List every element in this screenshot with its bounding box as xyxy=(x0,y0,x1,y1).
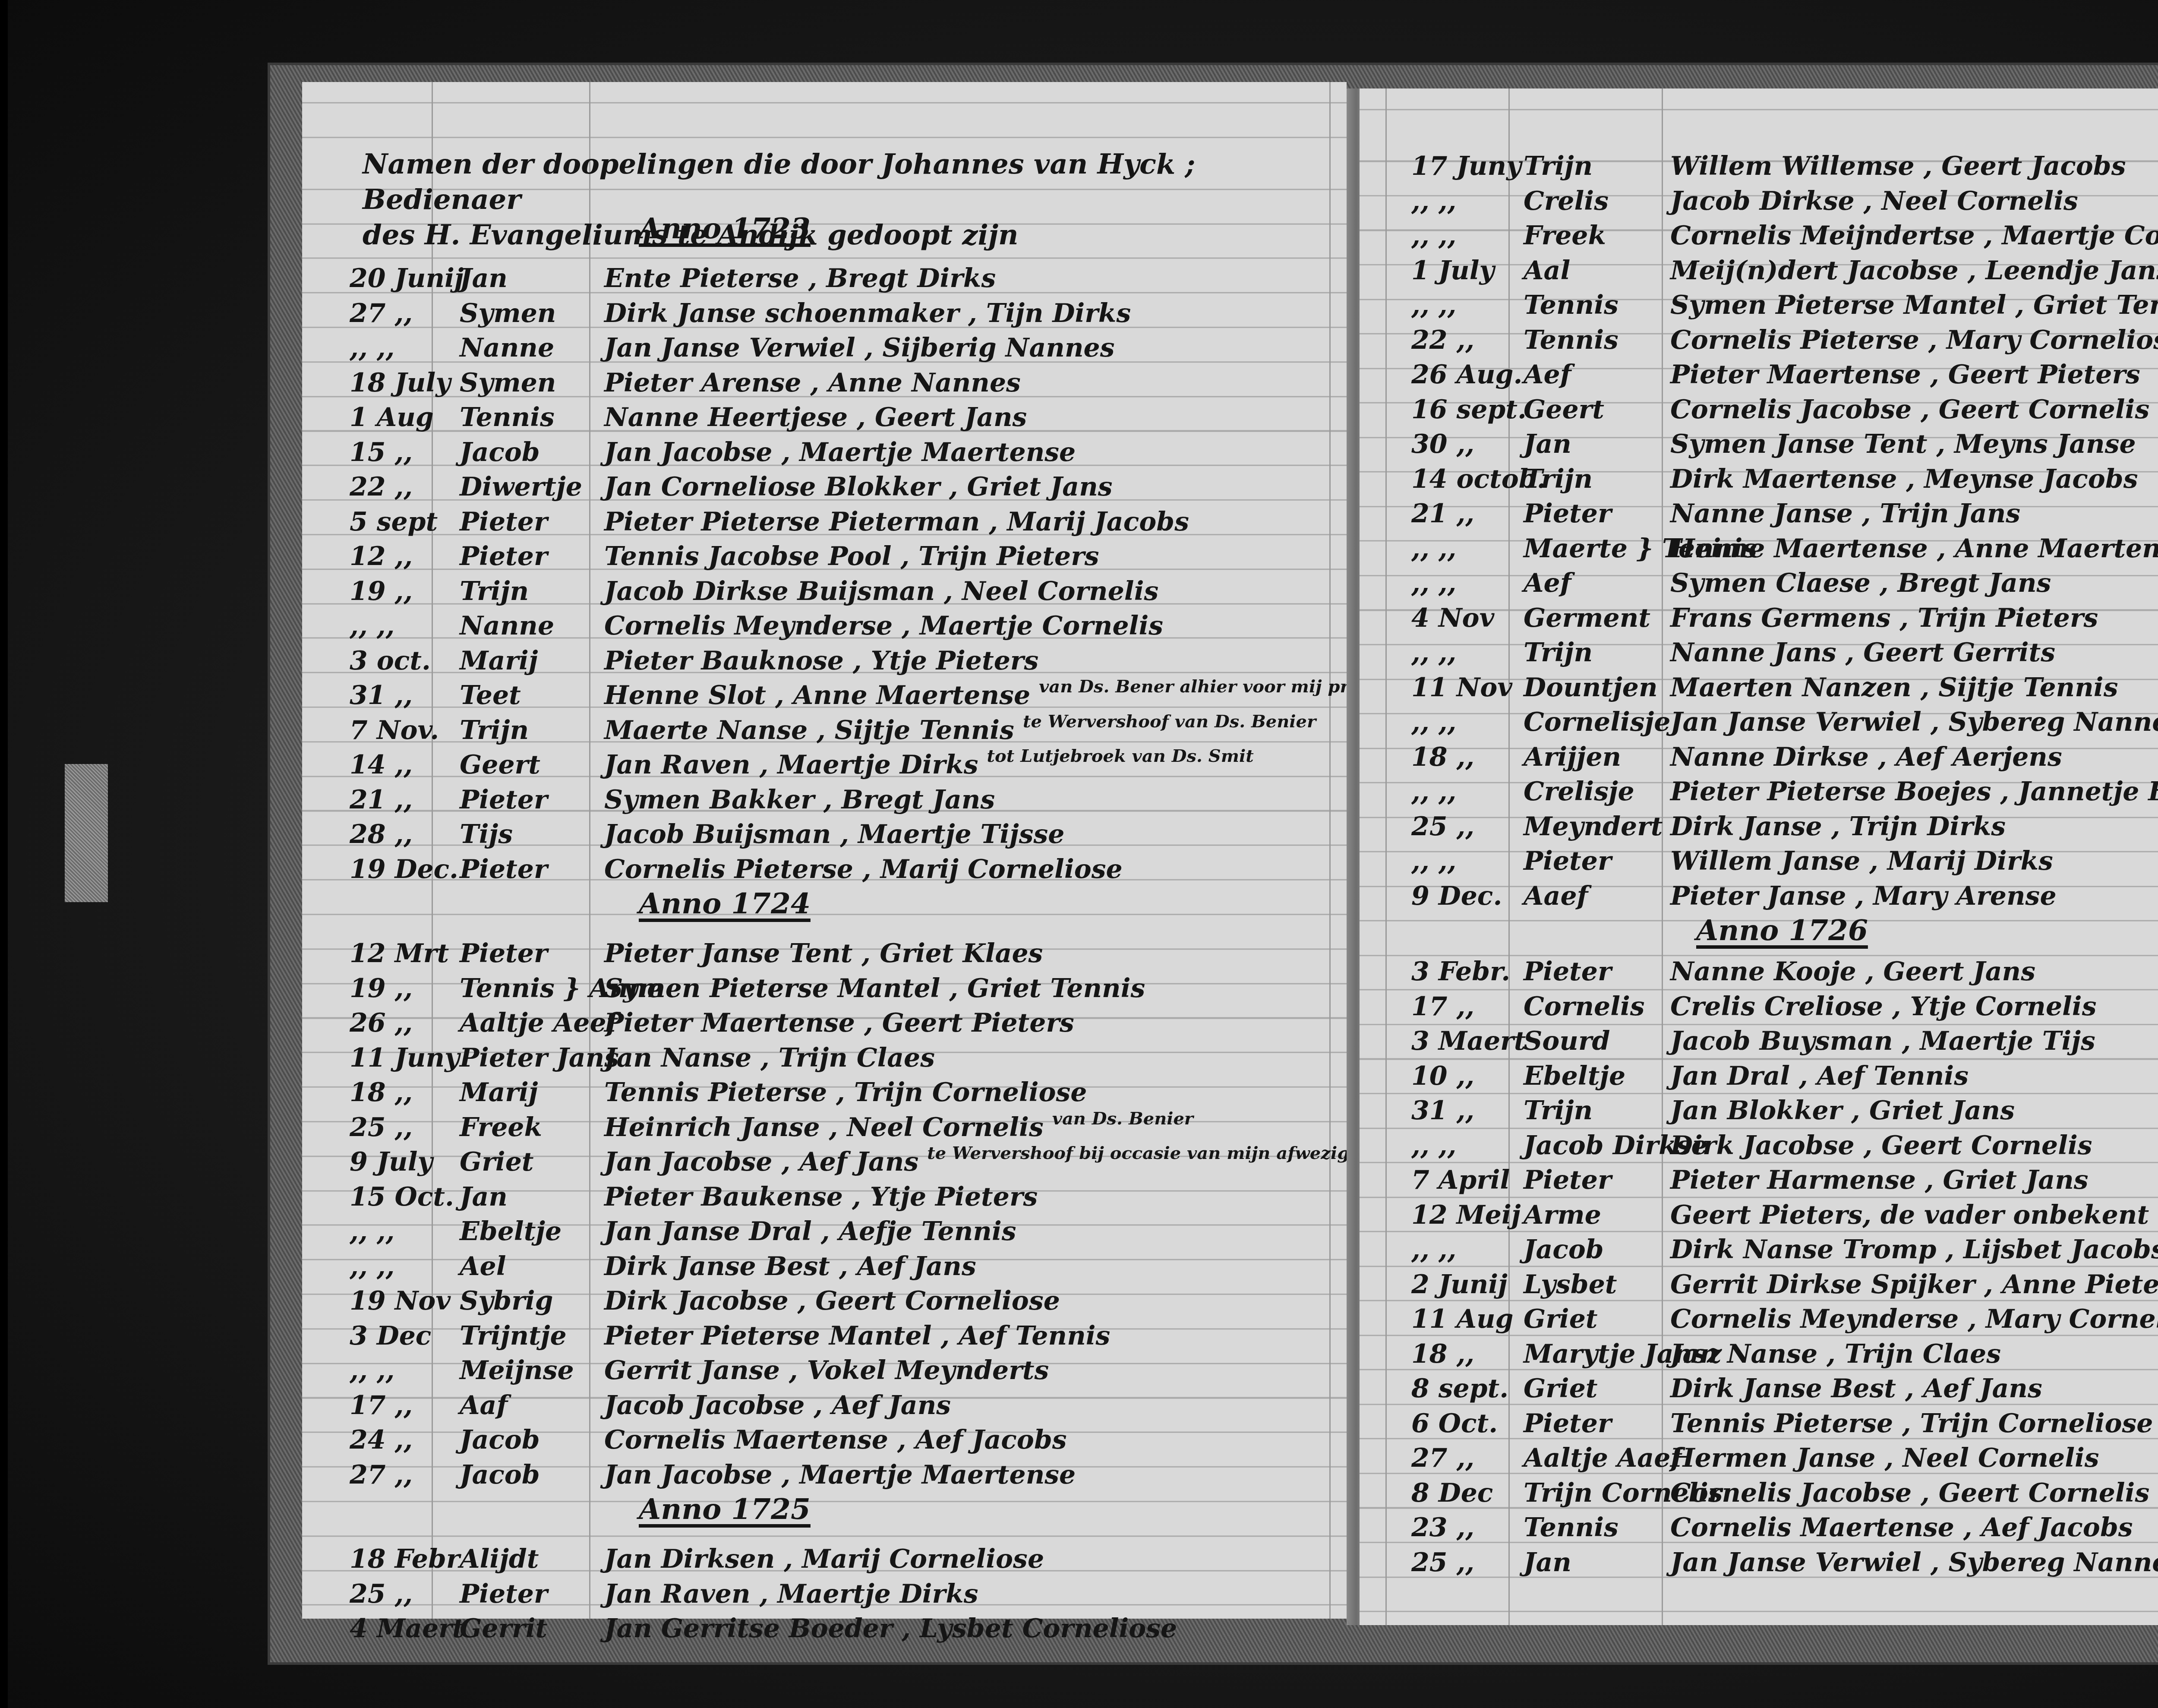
entry-child-name: Jan xyxy=(460,261,611,296)
register-entry: 19 ,,TrijnJacob Dirkse Buijsman , Neel C… xyxy=(302,574,1347,609)
entry-child-name: Marij xyxy=(460,1075,611,1110)
entry-date: 11 Juny xyxy=(350,1041,453,1075)
register-entry: 25 ,,MeyndertDirk Janse , Trijn Dirks xyxy=(1360,809,2158,844)
entry-child-name: Dountjen xyxy=(1524,670,1675,705)
entry-parents: Jan Janse Verwiel , Sybereg Nannes xyxy=(1670,1545,2158,1580)
register-entry: 11 NovDountjenMaerten Nanzen , Sijtje Te… xyxy=(1360,670,2158,705)
entry-date: 21 ,, xyxy=(350,783,453,817)
entry-child-name: Ebeltje xyxy=(1524,1059,1675,1093)
entry-child-name: Jan xyxy=(1524,427,1675,461)
entry-margin-note: van Ds. Benier xyxy=(1052,1110,1193,1127)
entry-date: ,, ,, xyxy=(350,331,453,365)
entry-parents: Gerrit Dirkse Spijker , Anne Pieters xyxy=(1670,1267,2158,1302)
entry-margin-note: te Wervershoof van Ds. Benier xyxy=(1023,713,1316,730)
entry-date: 25 ,, xyxy=(1411,809,1515,844)
right-page: 12 17 JunyTrijnWillem Willemse , Geert J… xyxy=(1360,88,2158,1625)
entry-parents: Jan Nanse , Trijn Claes xyxy=(1670,1337,2001,1371)
entry-date: 7 Nov. xyxy=(350,713,453,748)
entry-child-name: Pieter xyxy=(1524,844,1675,878)
entry-parents: Ente Pieterse , Bregt Dirks xyxy=(604,261,996,296)
entry-child-name: Diwertje xyxy=(460,470,611,504)
entry-date: 1 July xyxy=(1411,253,1515,288)
entry-date: 6 Oct. xyxy=(1411,1406,1515,1441)
entry-date: 19 ,, xyxy=(350,574,453,609)
register-entry: 26 Aug.AefPieter Maertense , Geert Piete… xyxy=(1360,357,2158,392)
entry-date: 3 oct. xyxy=(350,644,453,678)
entry-date: 28 ,, xyxy=(350,817,453,852)
entry-parents: Dirk Janse Best , Aef Jans xyxy=(604,1249,976,1284)
entry-date: ,, ,, xyxy=(1411,705,1515,739)
entry-parents: Jacob Dirkse , Neel Cornelis xyxy=(1670,184,2078,218)
binding-tab-left xyxy=(65,764,108,902)
entry-parents: Jan Dirksen , Marij Corneliose xyxy=(604,1542,1044,1576)
register-entry: 31 ,,TrijnJan Blokker , Griet Jans xyxy=(1360,1093,2158,1128)
entry-child-name: Germent xyxy=(1524,601,1675,635)
register-entry: 17 JunyTrijnWillem Willemse , Geert Jaco… xyxy=(1360,149,2158,183)
entry-child-name: Aaf xyxy=(460,1388,611,1423)
register-entry: 2 JunijLysbetGerrit Dirkse Spijker , Ann… xyxy=(1360,1267,2158,1302)
entry-child-name: Geert xyxy=(460,748,611,782)
register-entry: 18 ,,MarijTennis Pieterse , Trijn Cornel… xyxy=(302,1075,1347,1110)
entry-parents: Heinrich Janse , Neel Cornelisvan Ds. Be… xyxy=(604,1110,1193,1145)
entry-child-name: Griet xyxy=(1524,1302,1675,1336)
entry-parents: Jan Corneliose Blokker , Griet Jans xyxy=(604,470,1113,504)
entry-parents: Nanne Janse , Trijn Jans xyxy=(1670,496,2020,531)
register-entry: 24 ,,JacobCornelis Maertense , Aef Jacob… xyxy=(302,1423,1347,1457)
register-heading: Namen der doopelingen die door Johannes … xyxy=(363,147,1269,253)
entry-child-name: Jacob xyxy=(1524,1232,1675,1267)
entry-child-name: Alijdt xyxy=(460,1542,611,1576)
register-entry: 1 JulyAalMeij(n)dert Jacobse , Leendje J… xyxy=(1360,253,2158,288)
entry-date: ,, ,, xyxy=(1411,184,1515,218)
entry-date: 27 ,, xyxy=(350,296,453,331)
entry-child-name: Pieter xyxy=(460,505,611,539)
register-entry: 15 Oct.JanPieter Baukense , Ytje Pieters xyxy=(302,1180,1347,1214)
register-entry: ,, ,,TrijnNanne Jans , Geert Gerrits xyxy=(1360,635,2158,670)
entry-child-name: Marytje Jansz xyxy=(1524,1337,1675,1371)
register-entry: 22 ,,DiwertjeJan Corneliose Blokker , Gr… xyxy=(302,470,1347,504)
entry-child-name: Tennis } Anne xyxy=(460,971,611,1006)
entry-date: 31 ,, xyxy=(1411,1093,1515,1128)
entry-date: 18 July xyxy=(350,366,453,400)
entry-child-name: Sourd xyxy=(1524,1024,1675,1058)
year-heading: Anno 1724 xyxy=(639,887,811,920)
register-entry: ,, ,,JacobDirk Nanse Tromp , Lijsbet Jac… xyxy=(1360,1232,2158,1267)
entry-parents: Symen Pieterse Mantel , Griet Tennis xyxy=(604,971,1145,1006)
entry-date: ,, ,, xyxy=(1411,218,1515,253)
entry-child-name: Symen xyxy=(460,366,611,400)
entry-date: ,, ,, xyxy=(350,609,453,643)
entry-parents: Jan Jacobse , Maertje Maertense xyxy=(604,435,1076,470)
entry-parents: Pieter Maertense , Geert Pieters xyxy=(604,1006,1074,1040)
entry-date: ,, ,, xyxy=(1411,844,1515,878)
entry-child-name: Pieter xyxy=(1524,954,1675,989)
entry-date: 20 Junij xyxy=(350,261,453,296)
entry-child-name: Freek xyxy=(1524,218,1675,253)
entry-child-name: Meyndert xyxy=(1524,809,1675,844)
entry-child-name: Arijjen xyxy=(1524,740,1675,774)
entry-child-name: Cornelisje xyxy=(1524,705,1675,739)
entry-date: 2 Junij xyxy=(1411,1267,1515,1302)
entry-child-name: Aaltje Aeef xyxy=(460,1006,611,1040)
entry-date: 17 Juny xyxy=(1411,149,1515,183)
register-entry: 14 ,,GeertJan Raven , Maertje Dirkstot L… xyxy=(302,748,1347,782)
entry-parents: Maerten Nanzen , Sijtje Tennis xyxy=(1670,670,2118,705)
year-heading: Anno 1725 xyxy=(639,1492,811,1526)
entry-child-name: Trijn xyxy=(1524,149,1675,183)
year-heading: Anno 1726 xyxy=(1696,913,1868,947)
entry-child-name: Jacob Dirkse xyxy=(1524,1128,1675,1163)
entry-child-name: Nanne xyxy=(460,609,611,643)
register-entry: 9 Dec.AaefPieter Janse , Mary Arense xyxy=(1360,879,2158,913)
entry-parents: Pieter Baukense , Ytje Pieters xyxy=(604,1180,1038,1214)
register-entry: ,, ,,CrelisjePieter Pieterse Boejes , Ja… xyxy=(1360,774,2158,809)
entry-date: ,, ,, xyxy=(350,1249,453,1284)
entry-parents: Jan Blokker , Griet Jans xyxy=(1670,1093,2015,1128)
entry-date: 4 Maert xyxy=(350,1611,453,1646)
register-entry: 19 Dec.PieterCornelis Pieterse , Marij C… xyxy=(302,852,1347,887)
entry-parents: Jan Janse Verwiel , Sijberig Nannes xyxy=(604,331,1115,365)
entry-parents: Tennis Jacobse Pool , Trijn Pieters xyxy=(604,539,1099,574)
register-entry: 19 NovSybrigDirk Jacobse , Geert Corneli… xyxy=(302,1284,1347,1318)
entry-date: 14 ,, xyxy=(350,748,453,782)
register-entry: ,, ,,AefSymen Claese , Bregt Jans xyxy=(1360,566,2158,600)
register-entry: 7 AprilPieterPieter Harmense , Griet Jan… xyxy=(1360,1163,2158,1197)
entry-parents: Jan Raven , Maertje Dirkstot Lutjebroek … xyxy=(604,748,1254,782)
entry-date: 1 Aug xyxy=(350,400,453,435)
entry-child-name: Tennis xyxy=(1524,1510,1675,1545)
register-entry: 9 JulyGrietJan Jacobse , Aef Janste Werv… xyxy=(302,1145,1347,1179)
entry-date: 26 ,, xyxy=(350,1006,453,1040)
entry-parents: Dirk Jacobse , Geert Corneliose xyxy=(604,1284,1060,1318)
register-entry: ,, ,,CornelisjeJan Janse Verwiel , Syber… xyxy=(1360,705,2158,739)
entry-date: ,, ,, xyxy=(1411,531,1515,566)
entry-parents: Heime Maertense , Anne Maertense xyxy=(1670,531,2158,566)
register-entry: 23 ,,TennisCornelis Maertense , Aef Jaco… xyxy=(1360,1510,2158,1545)
entry-date: 15 ,, xyxy=(350,435,453,470)
entry-child-name: Arme xyxy=(1524,1198,1675,1232)
entry-date: 16 sept. xyxy=(1411,392,1515,427)
entry-child-name: Aaltje Aaef xyxy=(1524,1441,1675,1475)
entry-child-name: Cornelis xyxy=(1524,989,1675,1024)
entry-date: 4 Nov xyxy=(1411,601,1515,635)
year-heading: Anno 1723 xyxy=(639,212,811,245)
entry-child-name: Sybrig xyxy=(460,1284,611,1318)
register-entry: ,, ,,Maerte } TennisHeime Maertense , An… xyxy=(1360,531,2158,566)
entry-child-name: Trijntje xyxy=(460,1319,611,1353)
entry-parents: Henne Slot , Anne Maertensevan Ds. Bener… xyxy=(604,678,1437,713)
entry-child-name: Ael xyxy=(460,1249,611,1284)
register-entry: 15 ,,JacobJan Jacobse , Maertje Maertens… xyxy=(302,435,1347,470)
entry-parents: Pieter Harmense , Griet Jans xyxy=(1670,1163,2089,1197)
entry-parents: Jan Jacobse , Maertje Maertense xyxy=(604,1458,1076,1492)
entry-child-name: Jacob xyxy=(460,1423,611,1457)
entry-parents: Gerrit Janse , Vokel Meynderts xyxy=(604,1353,1049,1388)
entry-parents: Pieter Pieterse Mantel , Aef Tennis xyxy=(604,1319,1110,1353)
entry-date: 17 ,, xyxy=(1411,989,1515,1024)
entry-date: 3 Dec xyxy=(350,1319,453,1353)
entry-parents: Jacob Dirkse Buijsman , Neel Cornelis xyxy=(604,574,1158,609)
entry-child-name: Jan xyxy=(1524,1545,1675,1580)
register-entry: ,, ,,NanneCornelis Meynderse , Maertje C… xyxy=(302,609,1347,643)
entry-date: ,, ,, xyxy=(1411,288,1515,322)
entry-child-name: Trijn Cornelis xyxy=(1524,1476,1675,1510)
entry-child-name: Pieter xyxy=(460,852,611,887)
entry-parents: Cornelis Maertense , Aef Jacobs xyxy=(1670,1510,2133,1545)
entry-parents: Dirk Nanse Tromp , Lijsbet Jacobs xyxy=(1670,1232,2158,1267)
register-entry: 25 ,,PieterJan Raven , Maertje Dirks xyxy=(302,1577,1347,1611)
entry-parents: Jan Jacobse , Aef Janste Wervershoof bij… xyxy=(604,1145,1391,1179)
entry-parents: Frans Germens , Trijn Pieters xyxy=(1670,601,2098,635)
entry-date: 30 ,, xyxy=(1411,427,1515,461)
register-entry: ,, ,,PieterWillem Janse , Marij Dirks xyxy=(1360,844,2158,878)
entry-date: 22 ,, xyxy=(1411,323,1515,357)
entry-child-name: Pieter xyxy=(460,539,611,574)
entry-parents: Jan Nanse , Trijn Claes xyxy=(604,1041,935,1075)
register-entry: 22 ,,TennisCornelis Pieterse , Mary Corn… xyxy=(1360,323,2158,357)
register-entry: ,, ,,NanneJan Janse Verwiel , Sijberig N… xyxy=(302,331,1347,365)
entry-date: 25 ,, xyxy=(350,1577,453,1611)
register-entry: 10 ,,EbeltjeJan Dral , Aef Tennis xyxy=(1360,1059,2158,1093)
entry-child-name: Aef xyxy=(1524,357,1675,392)
entry-child-name: Nanne xyxy=(460,331,611,365)
register-entry: 12 ,,PieterTennis Jacobse Pool , Trijn P… xyxy=(302,539,1347,574)
entry-date: 11 Nov xyxy=(1411,670,1515,705)
entry-child-name: Ebeltje xyxy=(460,1214,611,1249)
entry-child-name: Jacob xyxy=(460,1458,611,1492)
entry-date: 24 ,, xyxy=(350,1423,453,1457)
entry-child-name: Pieter xyxy=(460,783,611,817)
entry-child-name: Aal xyxy=(1524,253,1675,288)
register-entry: ,, ,,FreekCornelis Meijndertse , Maertje… xyxy=(1360,218,2158,253)
register-entry: ,, ,,MeijnseGerrit Janse , Vokel Meynder… xyxy=(302,1353,1347,1388)
entry-date: 9 Dec. xyxy=(1411,879,1515,913)
entry-parents: Cornelis Pieterse , Mary Corneliose xyxy=(1670,323,2158,357)
entry-date: 31 ,, xyxy=(350,678,453,713)
entry-parents: Tennis Pieterse , Trijn Corneliose xyxy=(604,1075,1087,1110)
entry-child-name: Trijn xyxy=(1524,635,1675,670)
register-entry: 5 septPieterPieter Pieterse Pieterman , … xyxy=(302,505,1347,539)
register-entry: 17 ,,AafJacob Jacobse , Aef Jans xyxy=(302,1388,1347,1423)
register-entry: 21 ,,PieterSymen Bakker , Bregt Jans xyxy=(302,783,1347,817)
entry-parents: Nanne Jans , Geert Gerrits xyxy=(1670,635,2055,670)
entry-parents: Dirk Maertense , Meynse Jacobs xyxy=(1670,462,2138,496)
register-entry: 18 JulySymenPieter Arense , Anne Nannes xyxy=(302,366,1347,400)
entry-date: 18 ,, xyxy=(1411,740,1515,774)
entry-margin-note: te Wervershoof bij occasie van mijn afwe… xyxy=(927,1145,1391,1162)
register-entry: 18 FebrAlijdtJan Dirksen , Marij Corneli… xyxy=(302,1542,1347,1576)
entry-parents: Symen Claese , Bregt Jans xyxy=(1670,566,2051,600)
entry-parents: Tennis Pieterse , Trijn Corneliose xyxy=(1670,1406,2153,1441)
register-entry: 31 ,,TeetHenne Slot , Anne Maertensevan … xyxy=(302,678,1347,713)
entry-date: 8 sept. xyxy=(1411,1371,1515,1406)
register-entry: 17 ,,CornelisCrelis Creliose , Ytje Corn… xyxy=(1360,989,2158,1024)
entry-parents: Dirk Jacobse , Geert Cornelis xyxy=(1670,1128,2092,1163)
entry-parents: Pieter Janse Tent , Griet Klaes xyxy=(604,936,1043,971)
register-entry: 3 oct.MarijPieter Bauknose , Ytje Pieter… xyxy=(302,644,1347,678)
entry-parents: Nanne Kooje , Geert Jans xyxy=(1670,954,2035,989)
entry-child-name: Gerrit xyxy=(460,1611,611,1646)
entry-parents: Maerte Nanse , Sijtje Tenniste Werversho… xyxy=(604,713,1316,748)
entry-parents: Dirk Janse schoenmaker , Tijn Dirks xyxy=(604,296,1131,331)
entry-parents: Cornelis Meynderse , Mary Corneliosevan … xyxy=(1670,1302,2158,1336)
register-entry: ,, ,,TennisSymen Pieterse Mantel , Griet… xyxy=(1360,288,2158,322)
scan-edge-left xyxy=(0,0,8,1708)
register-entry: 4 NovGermentFrans Germens , Trijn Pieter… xyxy=(1360,601,2158,635)
entry-date: ,, ,, xyxy=(1411,566,1515,600)
entry-margin-note: tot Lutjebroek van Ds. Smit xyxy=(987,748,1254,765)
entry-date: 10 ,, xyxy=(1411,1059,1515,1093)
entry-date: 9 July xyxy=(350,1145,453,1179)
entry-parents: Jan Raven , Maertje Dirks xyxy=(604,1577,978,1611)
register-entry: 3 DecTrijntjePieter Pieterse Mantel , Ae… xyxy=(302,1319,1347,1353)
register-entry: 12 MeijArmeGeert Pieters, de vader onbek… xyxy=(1360,1198,2158,1232)
register-entry: 3 Febr.PieterNanne Kooje , Geert Jans xyxy=(1360,954,2158,989)
register-entry: 4 MaertGerritJan Gerritse Boeder , Lysbe… xyxy=(302,1611,1347,1646)
register-entry: 16 sept.GeertCornelis Jacobse , Geert Co… xyxy=(1360,392,2158,427)
entry-child-name: Tennis xyxy=(460,400,611,435)
entry-parents: Cornelis Jacobse , Geert Cornelis xyxy=(1670,392,2149,427)
entry-child-name: Trijn xyxy=(460,713,611,748)
entry-parents: Cornelis Meijndertse , Maertje Cornelios… xyxy=(1670,218,2158,253)
entry-parents: Meij(n)dert Jacobse , Leendje Jans xyxy=(1670,253,2158,288)
entry-parents: Jan Janse Verwiel , Sybereg Nannes xyxy=(1670,705,2158,739)
entry-date: 25 ,, xyxy=(350,1110,453,1145)
entry-date: 14 octob. xyxy=(1411,462,1515,496)
entry-child-name: Pieter xyxy=(1524,1406,1675,1441)
entry-parents: Crelis Creliose , Ytje Cornelis xyxy=(1670,989,2096,1024)
register-entry: 8 DecTrijn CornelisCornelis Jacobse , Ge… xyxy=(1360,1476,2158,1510)
entry-parents: Willem Janse , Marij Dirks xyxy=(1670,844,2053,878)
entry-child-name: Jan xyxy=(460,1180,611,1214)
register-entry: 14 octob.TrijnDirk Maertense , Meynse Ja… xyxy=(1360,462,2158,496)
register-entry: 7 Nov.TrijnMaerte Nanse , Sijtje Tennist… xyxy=(302,713,1347,748)
entry-child-name: Maerte } Tennis xyxy=(1524,531,1675,566)
register-entry: 27 ,,SymenDirk Janse schoenmaker , Tijn … xyxy=(302,296,1347,331)
entry-parents: Pieter Maertense , Geert Pieters xyxy=(1670,357,2140,392)
entry-parents: Pieter Pieterse Pieterman , Marij Jacobs xyxy=(604,505,1189,539)
entry-parents: Symen Pieterse Mantel , Griet Tennis xyxy=(1670,288,2158,322)
entry-date: 19 ,, xyxy=(350,971,453,1006)
entry-date: 7 April xyxy=(1411,1163,1515,1197)
entry-child-name: Pieter xyxy=(1524,496,1675,531)
register-entry: ,, ,,CrelisJacob Dirkse , Neel Cornelis xyxy=(1360,184,2158,218)
entry-parents: Jacob Jacobse , Aef Jans xyxy=(604,1388,951,1423)
entry-parents: Willem Willemse , Geert Jacobs xyxy=(1670,149,2126,183)
register-entry: 11 JunyPieter JansJan Nanse , Trijn Clae… xyxy=(302,1041,1347,1075)
left-page: Namen der doopelingen die door Johannes … xyxy=(302,82,1347,1619)
entry-date: ,, ,, xyxy=(1411,774,1515,809)
entry-date: 27 ,, xyxy=(350,1458,453,1492)
entry-date: 21 ,, xyxy=(1411,496,1515,531)
entry-date: 12 Mrt xyxy=(350,936,453,971)
entry-child-name: Symen xyxy=(460,296,611,331)
entry-date: 11 Aug xyxy=(1411,1302,1515,1336)
register-entry: 25 ,,JanJan Janse Verwiel , Sybereg Nann… xyxy=(1360,1545,2158,1580)
entry-child-name: Lysbet xyxy=(1524,1267,1675,1302)
register-entry: 27 ,,Aaltje AaefHermen Janse , Neel Corn… xyxy=(1360,1441,2158,1475)
entry-child-name: Aaef xyxy=(1524,879,1675,913)
entry-child-name: Crelis xyxy=(1524,184,1675,218)
register-entry: 25 ,,FreekHeinrich Janse , Neel Cornelis… xyxy=(302,1110,1347,1145)
entry-date: 12 ,, xyxy=(350,539,453,574)
entry-parents: Cornelis Pieterse , Marij Corneliose xyxy=(604,852,1123,887)
entry-parents: Dirk Janse , Trijn Dirks xyxy=(1670,809,2006,844)
entry-date: ,, ,, xyxy=(1411,1128,1515,1163)
register-entry: 12 MrtPieterPieter Janse Tent , Griet Kl… xyxy=(302,936,1347,971)
entry-child-name: Pieter xyxy=(460,936,611,971)
register-entry: 20 JunijJanEnte Pieterse , Bregt Dirks xyxy=(302,261,1347,296)
entry-parents: Nanne Heertjese , Geert Jans xyxy=(604,400,1027,435)
entry-date: 18 ,, xyxy=(350,1075,453,1110)
entry-date: 3 Febr. xyxy=(1411,954,1515,989)
entry-child-name: Trijn xyxy=(460,574,611,609)
register-entry: 21 ,,PieterNanne Janse , Trijn Jans xyxy=(1360,496,2158,531)
register-entry: ,, ,,EbeltjeJan Janse Dral , Aefje Tenni… xyxy=(302,1214,1347,1249)
entry-parents: Jan Janse Dral , Aefje Tennis xyxy=(604,1214,1016,1249)
register-entry: 18 ,,Marytje JanszJan Nanse , Trijn Clae… xyxy=(1360,1337,2158,1371)
register-entry: 28 ,,TijsJacob Buijsman , Maertje Tijsse xyxy=(302,817,1347,852)
register-entry: 19 ,,Tennis } AnneSymen Pieterse Mantel … xyxy=(302,971,1347,1006)
entry-date: 22 ,, xyxy=(350,470,453,504)
register-entry: 6 Oct.PieterTennis Pieterse , Trijn Corn… xyxy=(1360,1406,2158,1441)
entry-child-name: Meijnse xyxy=(460,1353,611,1388)
entry-child-name: Trijn xyxy=(1524,462,1675,496)
entry-date: 19 Dec. xyxy=(350,852,453,887)
entry-child-name: Griet xyxy=(1524,1371,1675,1406)
entry-parents: Cornelis Jacobse , Geert Cornelis xyxy=(1670,1476,2149,1510)
heading-line-2: des H. Evangeliums te Andijk gedoopt zij… xyxy=(363,218,1269,253)
register-entry: 11 AugGrietCornelis Meynderse , Mary Cor… xyxy=(1360,1302,2158,1336)
entry-child-name: Tennis xyxy=(1524,288,1675,322)
entry-child-name: Teet xyxy=(460,678,611,713)
entry-child-name: Tennis xyxy=(1524,323,1675,357)
register-entry: ,, ,,AelDirk Janse Best , Aef Jans xyxy=(302,1249,1347,1284)
entry-parents: Jan Gerritse Boeder , Lysbet Corneliose xyxy=(604,1611,1177,1646)
entry-date: 18 ,, xyxy=(1411,1337,1515,1371)
register-entry: 30 ,,JanSymen Janse Tent , Meyns Janse xyxy=(1360,427,2158,461)
entry-child-name: Pieter Jans xyxy=(460,1041,611,1075)
entry-parents: Hermen Janse , Neel Cornelis xyxy=(1670,1441,2099,1475)
entry-child-name: Freek xyxy=(460,1110,611,1145)
register-entry: 8 sept.GrietDirk Janse Best , Aef Jans xyxy=(1360,1371,2158,1406)
entry-date: 17 ,, xyxy=(350,1388,453,1423)
entry-parents: Pieter Bauknose , Ytje Pieters xyxy=(604,644,1038,678)
entry-child-name: Geert xyxy=(1524,392,1675,427)
entry-parents: Pieter Janse , Mary Arense xyxy=(1670,879,2057,913)
register-entry: 1 AugTennisNanne Heertjese , Geert Jans xyxy=(302,400,1347,435)
entry-child-name: Pieter xyxy=(460,1577,611,1611)
entry-parents: Geert Pieters, de vader onbekent maer al… xyxy=(1670,1198,2158,1232)
entry-parents: Pieter Pieterse Boejes , Jannetje Freeks… xyxy=(1670,774,2158,809)
entry-parents: Pieter Arense , Anne Nannes xyxy=(604,366,1021,400)
entry-date: 8 Dec xyxy=(1411,1476,1515,1510)
entry-parents: Dirk Janse Best , Aef Jans xyxy=(1670,1371,2042,1406)
entry-parents: Jacob Buijsman , Maertje Tijsse xyxy=(604,817,1064,852)
entry-date: 5 sept xyxy=(350,505,453,539)
register-entry: ,, ,,Jacob DirkseDirk Jacobse , Geert Co… xyxy=(1360,1128,2158,1163)
register-entry: 27 ,,JacobJan Jacobse , Maertje Maertens… xyxy=(302,1458,1347,1492)
entry-parents: Symen Janse Tent , Meyns Janse xyxy=(1670,427,2136,461)
entry-parents: Cornelis Meynderse , Maertje Cornelis xyxy=(604,609,1163,643)
entry-parents: Jan Dral , Aef Tennis xyxy=(1670,1059,1969,1093)
entry-date: 19 Nov xyxy=(350,1284,453,1318)
entry-child-name: Crelisje xyxy=(1524,774,1675,809)
entry-child-name: Griet xyxy=(460,1145,611,1179)
entry-date: ,, ,, xyxy=(350,1353,453,1388)
entry-parents: Symen Bakker , Bregt Jans xyxy=(604,783,995,817)
register-entry: 3 MaertSourdJacob Buysman , Maertje Tijs xyxy=(1360,1024,2158,1058)
